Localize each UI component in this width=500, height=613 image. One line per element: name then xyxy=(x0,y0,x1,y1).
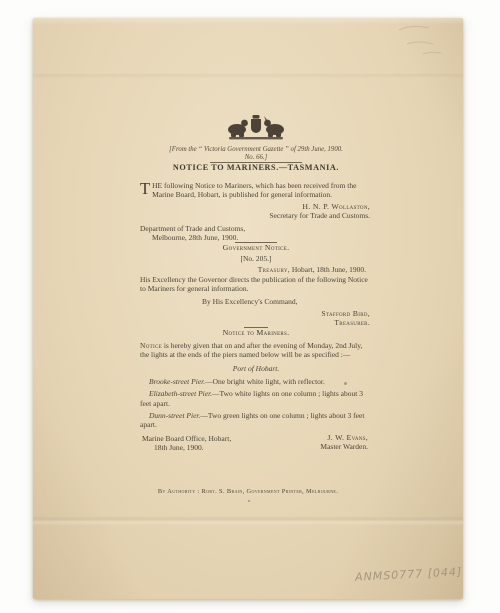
government-notice-number: [No. 205.] xyxy=(140,254,372,263)
lead-paragraph-text: HE following Notice to Mariners, which h… xyxy=(152,181,356,199)
government-notice-body: His Excellency the Governor directs the … xyxy=(140,275,372,293)
treasury-dateline-rest: Hobart, 18th June, 1900. xyxy=(290,265,366,274)
printed-column: [From the “ Victoria Government Gazette … xyxy=(140,18,372,453)
pier-name: Dunn-street Pier. xyxy=(149,411,200,420)
printer-imprint: By Authority : Robt. S. Brain, Governmen… xyxy=(33,488,463,495)
notice-to-mariners-heading: Notice to Mariners. xyxy=(140,328,372,337)
gazette-caption: [From the “ Victoria Government Gazette … xyxy=(140,146,372,162)
port-subheading: Port of Hobart. xyxy=(140,364,372,373)
royal-coat-of-arms-icon xyxy=(223,114,289,141)
signature-name: J. W. Evans, xyxy=(320,433,368,442)
lead-paragraph: THE following Notice to Mariners, which … xyxy=(140,181,372,199)
signature-name: H. N. P. Wollaston, xyxy=(140,202,370,211)
government-notice-heading: Government Notice. xyxy=(140,243,372,252)
signature-block-bird: Stafford Bird, Treasurer. xyxy=(140,309,372,327)
signature-title: Treasurer. xyxy=(140,318,370,327)
signature-block-evans: J. W. Evans, Master Warden. xyxy=(320,433,372,452)
pier-name: Brooke-street Pier. xyxy=(149,377,205,386)
department-line1: Department of Trade and Customs, xyxy=(140,224,372,233)
catalogue-annotation: ANMS0777 [044] xyxy=(354,565,462,584)
command-line: By His Excellency's Command, xyxy=(140,297,372,306)
signature-title: Master Warden. xyxy=(320,442,368,451)
pier-entry: Brooke-street Pier.—One bright white lig… xyxy=(140,377,372,386)
drop-cap: T xyxy=(140,181,152,196)
gazette-caption-line1: [From the “ Victoria Government Gazette … xyxy=(169,146,343,153)
signature-title: Secretary for Trade and Customs. xyxy=(140,211,370,220)
pier-description: —One bright white light, with reflector. xyxy=(205,377,325,386)
notice-body-rest: is hereby given that on and after the ev… xyxy=(140,341,362,359)
signature-block-wollaston: H. N. P. Wollaston, Secretary for Trade … xyxy=(140,202,372,220)
notice-body: Notice is hereby given that on and after… xyxy=(140,341,372,359)
pier-entry: Elizabeth-street Pier.—Two white lights … xyxy=(140,389,372,407)
treasury-dateline-lead: Treasury, xyxy=(258,265,290,274)
ink-spot xyxy=(344,382,347,385)
photo-background: [From the “ Victoria Government Gazette … xyxy=(0,0,500,613)
office-line1: Marine Board Office, Hobart, xyxy=(142,434,231,443)
document-title: NOTICE TO MARINERS.—TASMANIA. xyxy=(140,163,372,172)
document-page: [From the “ Victoria Government Gazette … xyxy=(33,18,463,599)
signature-name: Stafford Bird, xyxy=(140,309,370,318)
treasury-dateline: Treasury, Hobart, 18th June, 1900. xyxy=(140,265,372,274)
notice-body-lead: Notice xyxy=(140,341,162,350)
footer-row: Marine Board Office, Hobart, 18th June, … xyxy=(140,434,372,452)
department-line2: Melbourne, 28th June, 1900. xyxy=(140,233,372,242)
office-line2: 18th June, 1900. xyxy=(142,443,231,452)
pencil-smudge xyxy=(393,20,449,64)
gazette-caption-line2: No. 66.] xyxy=(245,154,267,161)
imprint-dot xyxy=(248,500,250,502)
pier-entry: Dunn-street Pier.—Two green lights on on… xyxy=(140,411,372,429)
department-dateline: Department of Trade and Customs, Melbour… xyxy=(140,224,372,242)
office-dateline: Marine Board Office, Hobart, 18th June, … xyxy=(140,434,231,452)
pier-name: Elizabeth-street Pier. xyxy=(149,389,212,398)
